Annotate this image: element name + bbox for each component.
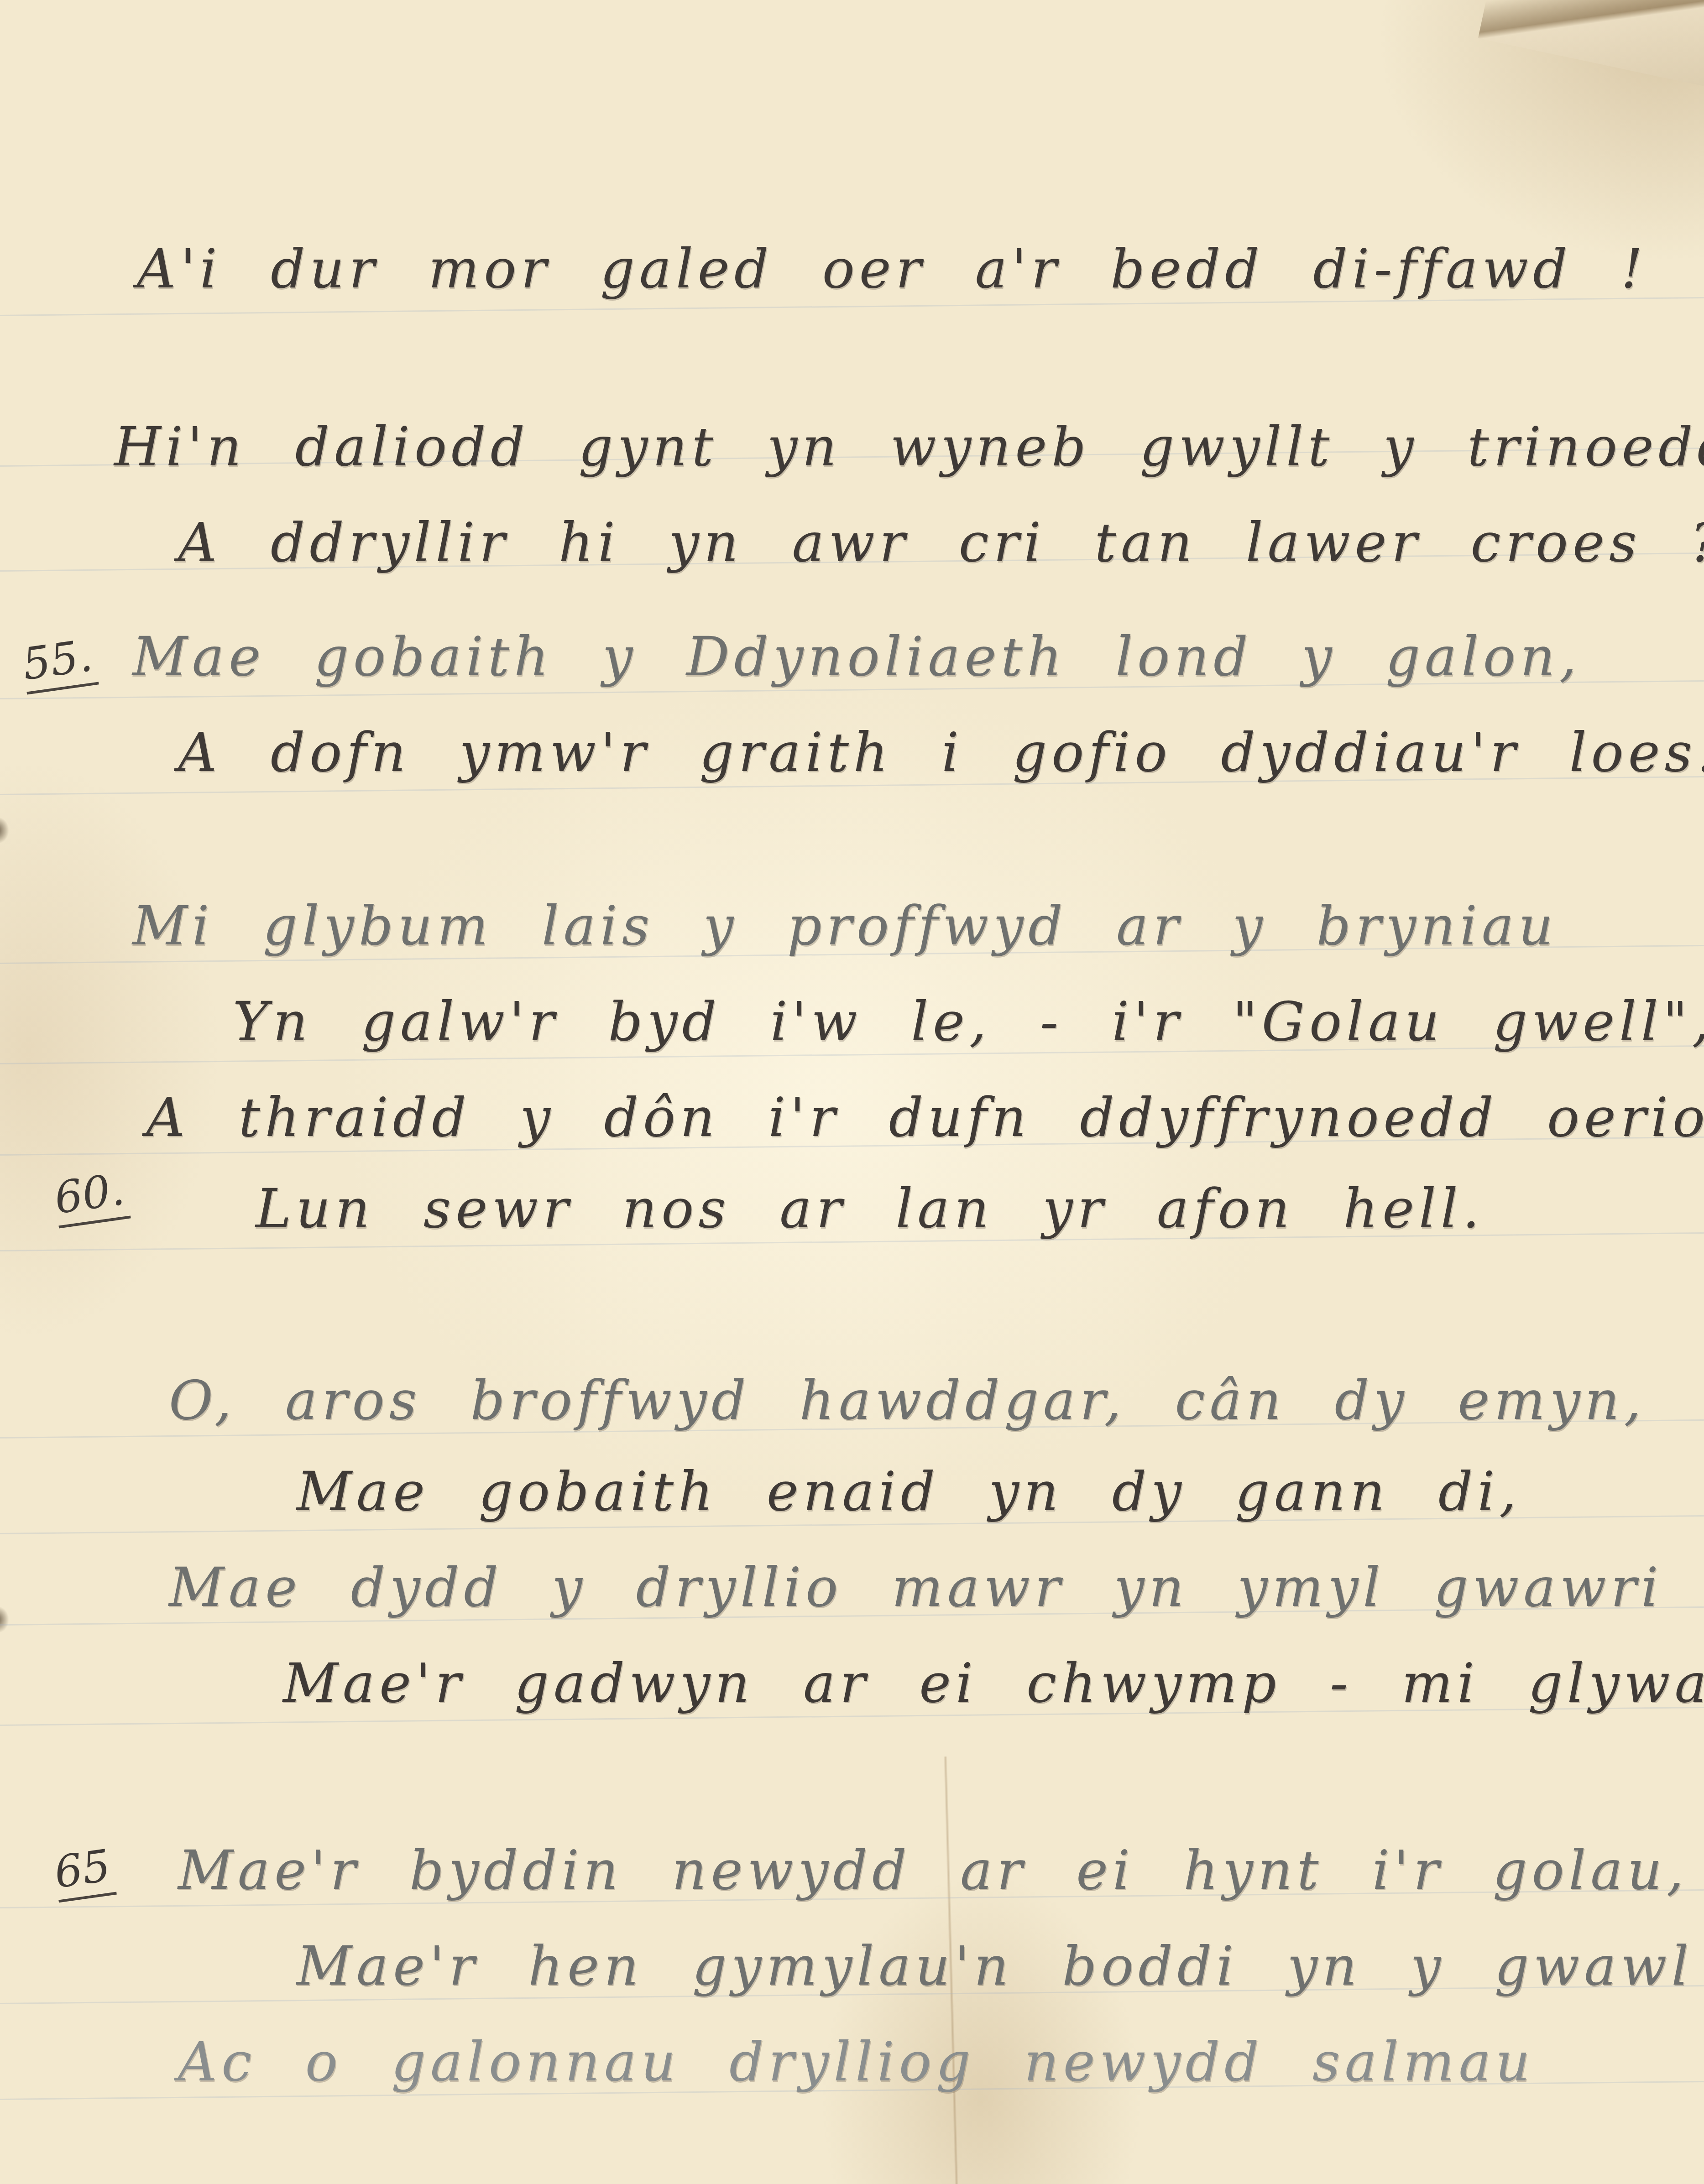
verse-line: Mae'r byddin newydd ar ei hynt i'r golau… [178,1839,1688,1902]
verse-line: Ac o galonnau drylliog newydd salmau [178,2030,1535,2093]
verse-line: Mae'r gadwyn ar ei chwymp - mi glywaf gr [283,1652,1704,1715]
manuscript-page: 55. 60. 65 A'i dur mor galed oer a'r bed… [0,0,1704,2184]
line-number-60: 60. [51,1163,131,1229]
verse-line: Mae dydd y dryllio mawr yn ymyl gwawri [169,1556,1663,1619]
verse-line: Hi'n daliodd gynt yn wyneb gwyllt y trin… [114,415,1704,478]
verse-line: A ddryllir hi yn awr cri tan lawer croes… [178,511,1704,574]
edge-damage [0,1606,9,1633]
verse-line: Mae gobaith y Ddynoliaeth lond y galon, [132,625,1581,688]
verse-line: O, aros broffwyd hawddgar, cân dy emyn, [169,1369,1646,1432]
line-number-65: 65 [51,1840,117,1903]
verse-line: A'i dur mor galed oer a'r bedd di-ffawd … [137,237,1647,300]
edge-damage [0,817,9,844]
verse-line: Mi glybum lais y proffwyd ar y bryniau [132,894,1558,957]
verse-line: A thraidd y dôn i'r dufn ddyffrynoedd oe… [146,1086,1704,1149]
verse-line: A dofn ymw'r graith i gofio dyddiau'r lo… [178,721,1704,784]
line-number-55: 55. [19,630,99,695]
verse-line: Mae gobaith enaid yn dy gann di, [297,1460,1521,1523]
verse-line: Yn galw'r byd i'w le, - i'r "Golau gwell… [233,990,1704,1053]
verse-line: Mae'r hen gymylau'n boddi yn y gwawl [297,1934,1693,1997]
verse-line: Lun sewr nos ar lan yr afon hell. [256,1177,1484,1240]
folded-corner [1478,0,1704,88]
